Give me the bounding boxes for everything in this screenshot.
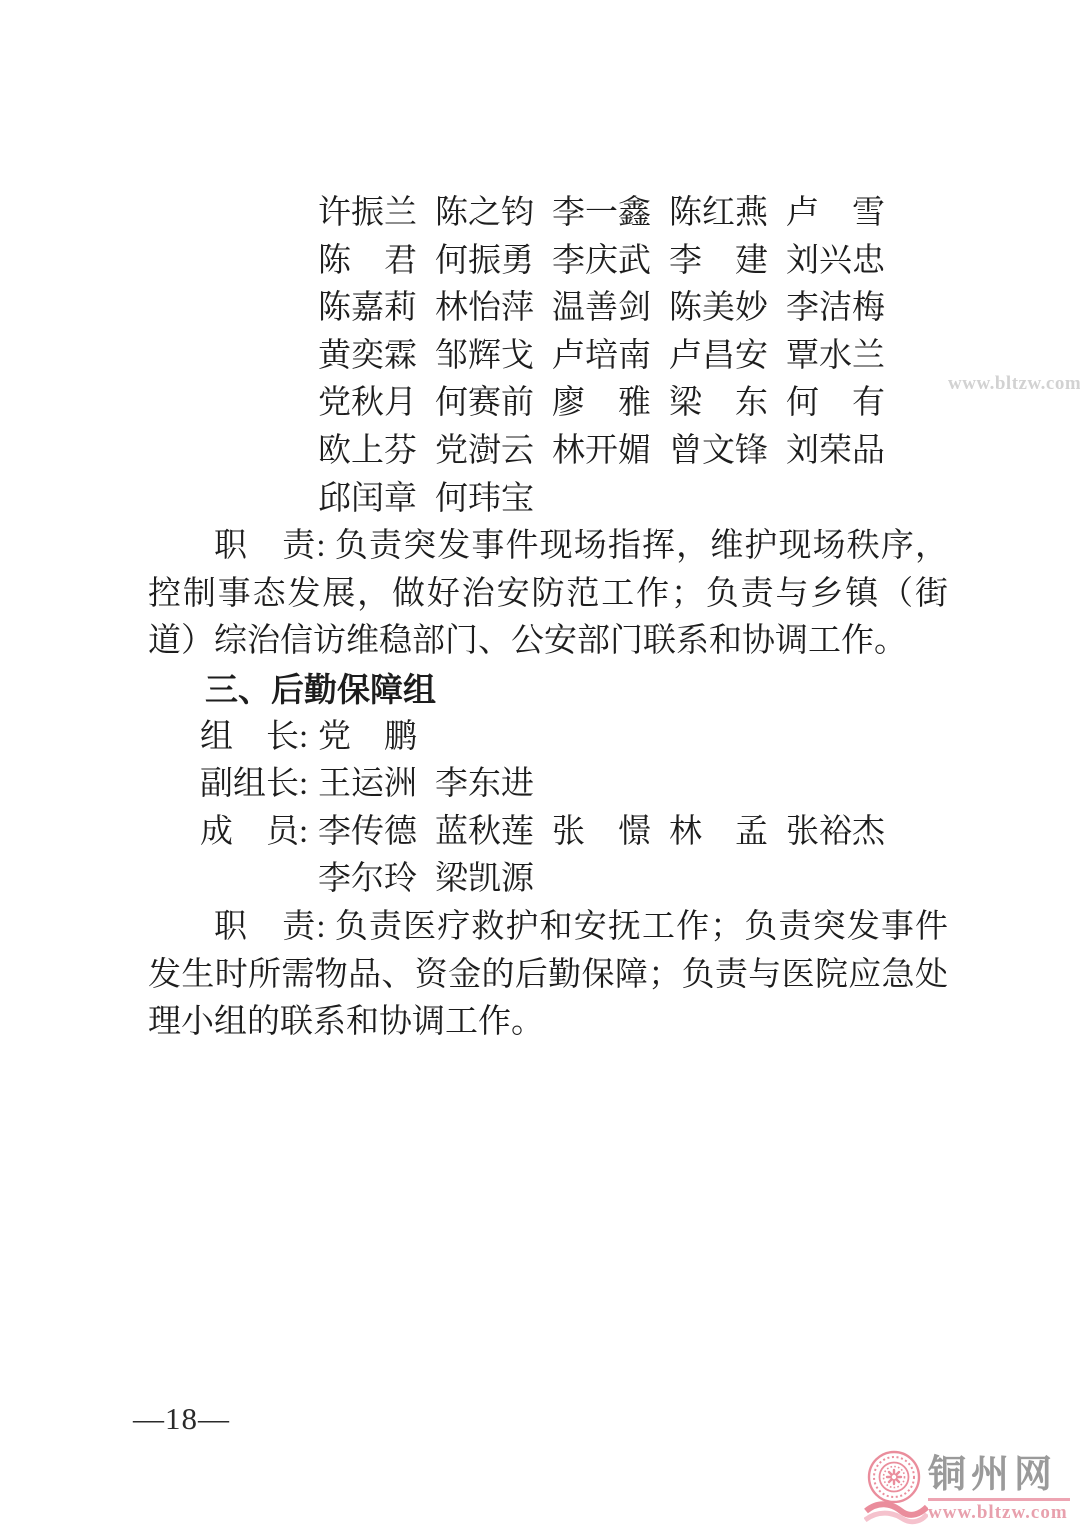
group-member-name: 林 孟 bbox=[669, 809, 769, 857]
member-name: 卢昌安 bbox=[669, 333, 769, 381]
group-member-name: 张裕杰 bbox=[786, 809, 886, 857]
member-name: 陈美妙 bbox=[669, 285, 769, 333]
document-body: 许振兰 陈之钧 李一鑫 陈红燕 卢 雪 陈 君 何振勇 李庆武 李 建 刘兴忠 … bbox=[148, 190, 948, 1047]
site-logo: 铜州网 www.bltzw.com bbox=[864, 1450, 1078, 1528]
group-member-names: 李传德 蓝秋莲 张 憬 林 孟 张裕杰 李尔玲 梁凯源 bbox=[318, 809, 886, 904]
site-logo-text: 铜州网 www.bltzw.com bbox=[928, 1450, 1070, 1525]
member-name: 刘兴忠 bbox=[786, 238, 886, 286]
member-name: 林开媚 bbox=[552, 428, 652, 476]
duty-paragraph-security: 职 责: 负责突发事件现场指挥，维护现场秩序，控制事态发展，做好治安防范工作；负… bbox=[148, 523, 948, 666]
member-name: 何玮宝 bbox=[435, 476, 535, 524]
leader-names: 党 鹏 bbox=[318, 714, 886, 762]
member-name: 陈嘉莉 bbox=[318, 285, 418, 333]
duty-label: 职 责: bbox=[214, 528, 335, 564]
member-name: 陈 君 bbox=[318, 238, 418, 286]
leader-name: 党 鹏 bbox=[318, 714, 418, 762]
leader-line: 组 长: 党 鹏 bbox=[148, 714, 948, 762]
group-member-name: 李尔玲 bbox=[318, 856, 418, 904]
member-name: 李 建 bbox=[669, 238, 769, 286]
group-members-line: 成 员: 李传德 蓝秋莲 张 憬 林 孟 张裕杰 李尔玲 梁凯源 bbox=[148, 809, 948, 904]
member-name: 卢培南 bbox=[552, 333, 652, 381]
member-name: 陈红燕 bbox=[669, 190, 769, 238]
deputy-leader-name: 王运洲 bbox=[318, 761, 418, 809]
group-members-label: 成 员: bbox=[148, 809, 318, 904]
deputy-leader-names: 王运洲 李东进 bbox=[318, 761, 886, 809]
member-name: 黄奕霖 bbox=[318, 333, 418, 381]
member-name: 卢 雪 bbox=[786, 190, 886, 238]
section-heading-logistics-group: 三、后勤保障组 bbox=[148, 666, 948, 714]
site-name: 铜州网 bbox=[928, 1452, 1070, 1501]
member-name: 梁 东 bbox=[669, 380, 769, 428]
page-number: —18— bbox=[133, 1395, 230, 1443]
deputy-leader-line: 副组长: 王运洲 李东进 bbox=[148, 761, 948, 809]
deputy-leader-name: 李东进 bbox=[435, 761, 535, 809]
member-name: 邹辉戈 bbox=[435, 333, 535, 381]
member-name: 陈之钧 bbox=[435, 190, 535, 238]
member-name: 曾文锋 bbox=[669, 428, 769, 476]
site-watermark: www.bltzw.com bbox=[948, 360, 1080, 408]
group-member-name: 李传德 bbox=[318, 809, 418, 857]
member-name: 何 有 bbox=[786, 380, 886, 428]
member-name: 党澍云 bbox=[435, 428, 535, 476]
document-page: 许振兰 陈之钧 李一鑫 陈红燕 卢 雪 陈 君 何振勇 李庆武 李 建 刘兴忠 … bbox=[0, 0, 1080, 1528]
member-name: 何振勇 bbox=[435, 238, 535, 286]
member-name: 李洁梅 bbox=[786, 285, 886, 333]
member-name-list: 许振兰 陈之钧 李一鑫 陈红燕 卢 雪 陈 君 何振勇 李庆武 李 建 刘兴忠 … bbox=[318, 190, 948, 523]
member-name: 林怡萍 bbox=[435, 285, 535, 333]
member-name: 邱闰章 bbox=[318, 476, 418, 524]
group-member-name: 张 憬 bbox=[552, 809, 652, 857]
duty-label: 职 责: bbox=[214, 909, 335, 945]
site-url: www.bltzw.com bbox=[928, 1501, 1070, 1525]
member-name: 欧上芬 bbox=[318, 428, 418, 476]
group-member-name: 梁凯源 bbox=[435, 856, 535, 904]
member-name: 何赛前 bbox=[435, 380, 535, 428]
member-name: 许振兰 bbox=[318, 190, 418, 238]
group-member-name: 蓝秋莲 bbox=[435, 809, 535, 857]
coin-seal-icon bbox=[864, 1450, 928, 1528]
member-name: 刘荣品 bbox=[786, 428, 886, 476]
member-name: 李庆武 bbox=[552, 238, 652, 286]
member-name: 温善剑 bbox=[552, 285, 652, 333]
deputy-leader-label: 副组长: bbox=[148, 761, 318, 809]
member-name: 覃水兰 bbox=[786, 333, 886, 381]
member-name: 廖 雅 bbox=[552, 380, 652, 428]
member-name: 李一鑫 bbox=[552, 190, 652, 238]
member-name: 党秋月 bbox=[318, 380, 418, 428]
duty-paragraph-logistics: 职 责: 负责医疗救护和安抚工作；负责突发事件发生时所需物品、资金的后勤保障；负… bbox=[148, 904, 948, 1047]
leader-label: 组 长: bbox=[148, 714, 318, 762]
